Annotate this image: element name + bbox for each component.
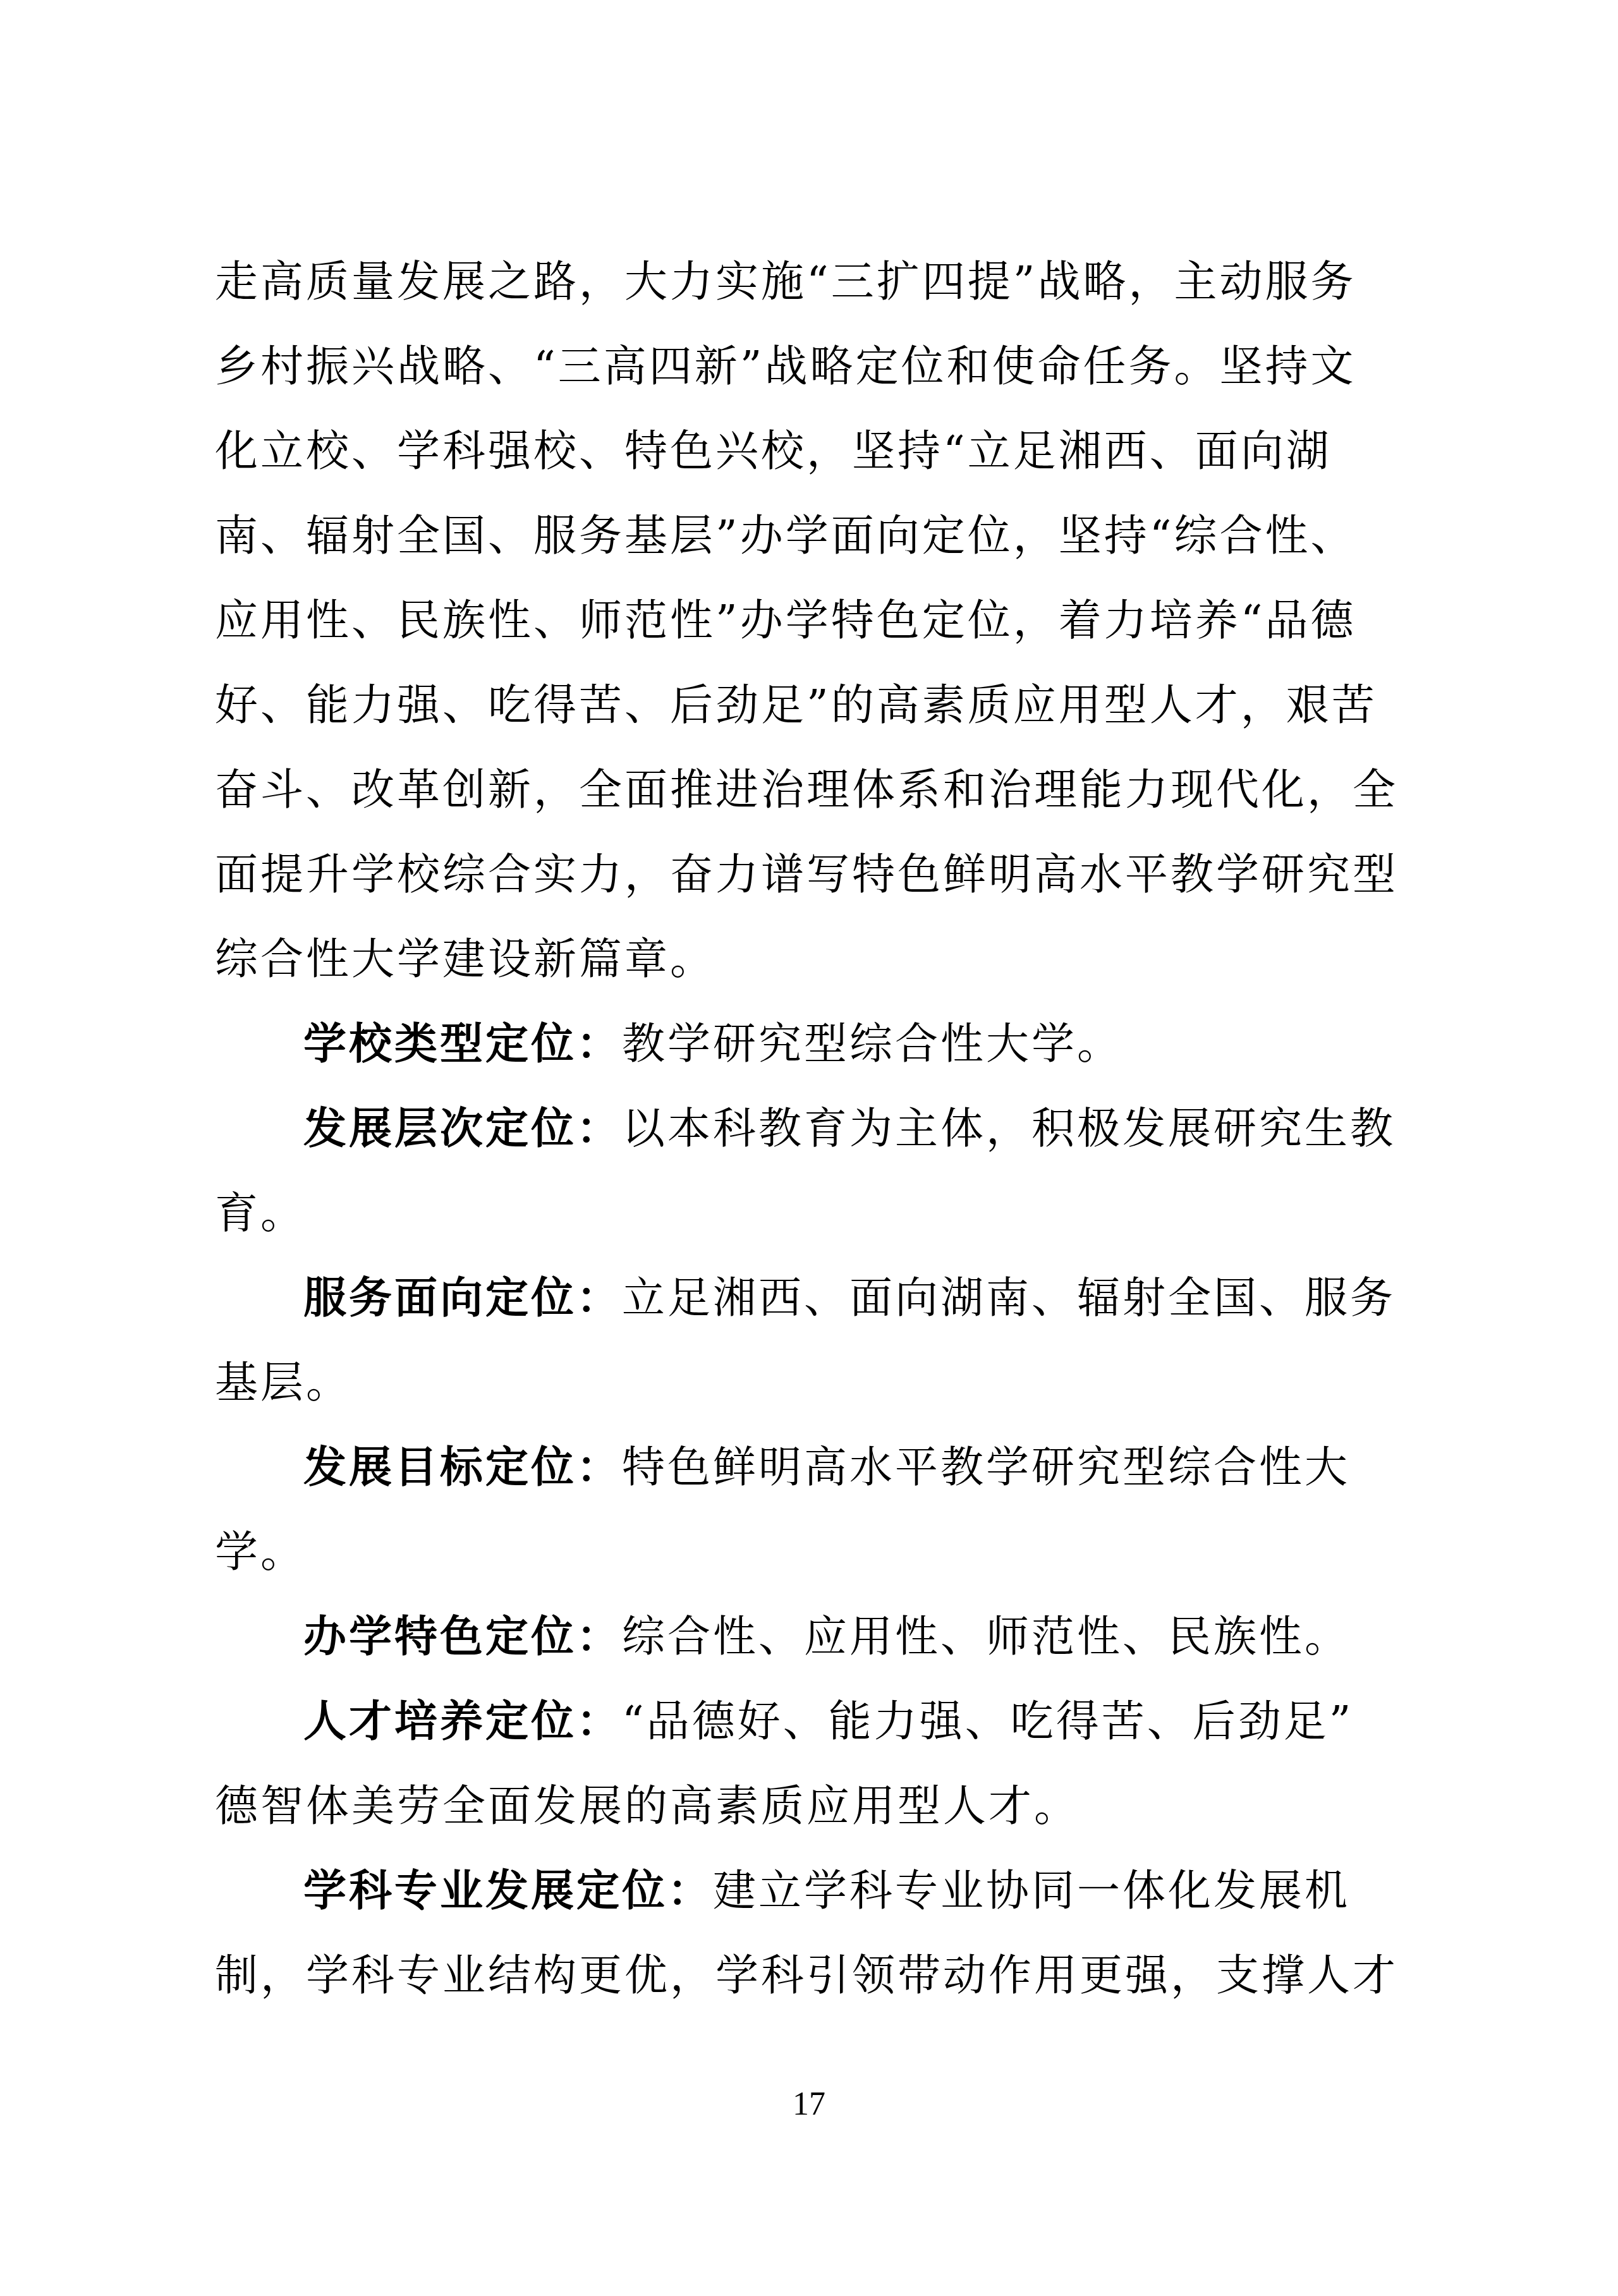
position-label: 服务面向定位： <box>303 1256 622 1341</box>
position-school-characteristics: 办学特色定位：综合性、应用性、师范性、民族性。 <box>215 1595 1416 1680</box>
body-line: 应用性、民族性、师范性”办学特色定位，着力培养“品德 <box>215 579 1416 664</box>
position-school-type: 学校类型定位：教学研究型综合性大学。 <box>215 1002 1416 1087</box>
position-continuation: 制，学科专业结构更优，学科引领带动作用更强，支撑人才 <box>215 1934 1416 2019</box>
position-text: 教学研究型综合性大学。 <box>622 1002 1122 1087</box>
body-line: 奋斗、改革创新，全面推进治理体系和治理能力现代化，全 <box>215 748 1416 833</box>
position-text: 以本科教育为主体，积极发展研究生教 <box>622 1087 1396 1172</box>
position-discipline-development: 学科专业发展定位：建立学科专业协同一体化发展机 <box>215 1849 1416 1934</box>
position-text: “品德好、能力强、吃得苦、后劲足” <box>622 1680 1354 1765</box>
document-page: 走高质量发展之路，大力实施“三扩四提”战略，主动服务 乡村振兴战略、“三高四新”… <box>215 240 1416 2019</box>
body-line: 南、辐射全国、服务基层”办学面向定位，坚持“综合性、 <box>215 494 1416 579</box>
position-continuation: 基层。 <box>215 1341 1416 1426</box>
position-continuation: 德智体美劳全面发展的高素质应用型人才。 <box>215 1765 1416 1849</box>
position-label: 人才培养定位： <box>303 1680 622 1765</box>
position-talent-cultivation: 人才培养定位：“品德好、能力强、吃得苦、后劲足” <box>215 1680 1416 1765</box>
position-label: 办学特色定位： <box>303 1595 622 1680</box>
body-line: 好、能力强、吃得苦、后劲足”的高素质应用型人才，艰苦 <box>215 664 1416 748</box>
position-label: 发展层次定位： <box>303 1087 622 1172</box>
position-service-orientation: 服务面向定位：立足湘西、面向湖南、辐射全国、服务 <box>215 1256 1416 1341</box>
body-line: 走高质量发展之路，大力实施“三扩四提”战略，主动服务 <box>215 240 1416 325</box>
position-label: 学校类型定位： <box>303 1002 622 1087</box>
body-line: 化立校、学科强校、特色兴校，坚持“立足湘西、面向湖 <box>215 410 1416 494</box>
position-text: 建立学科专业协同一体化发展机 <box>713 1849 1350 1934</box>
body-line: 乡村振兴战略、“三高四新”战略定位和使命任务。坚持文 <box>215 325 1416 410</box>
position-text: 立足湘西、面向湖南、辐射全国、服务 <box>622 1256 1396 1341</box>
position-development-goal: 发展目标定位：特色鲜明高水平教学研究型综合性大 <box>215 1426 1416 1510</box>
position-development-level: 发展层次定位：以本科教育为主体，积极发展研究生教 <box>215 1087 1416 1172</box>
body-line: 综合性大学建设新篇章。 <box>215 918 1416 1002</box>
position-label: 学科专业发展定位： <box>303 1849 713 1934</box>
position-text: 综合性、应用性、师范性、民族性。 <box>622 1595 1350 1680</box>
page-number: 17 <box>0 2086 1618 2123</box>
position-text: 特色鲜明高水平教学研究型综合性大 <box>622 1426 1350 1510</box>
body-line: 面提升学校综合实力，奋力谱写特色鲜明高水平教学研究型 <box>215 833 1416 918</box>
position-label: 发展目标定位： <box>303 1426 622 1510</box>
position-continuation: 育。 <box>215 1172 1416 1256</box>
position-continuation: 学。 <box>215 1510 1416 1595</box>
